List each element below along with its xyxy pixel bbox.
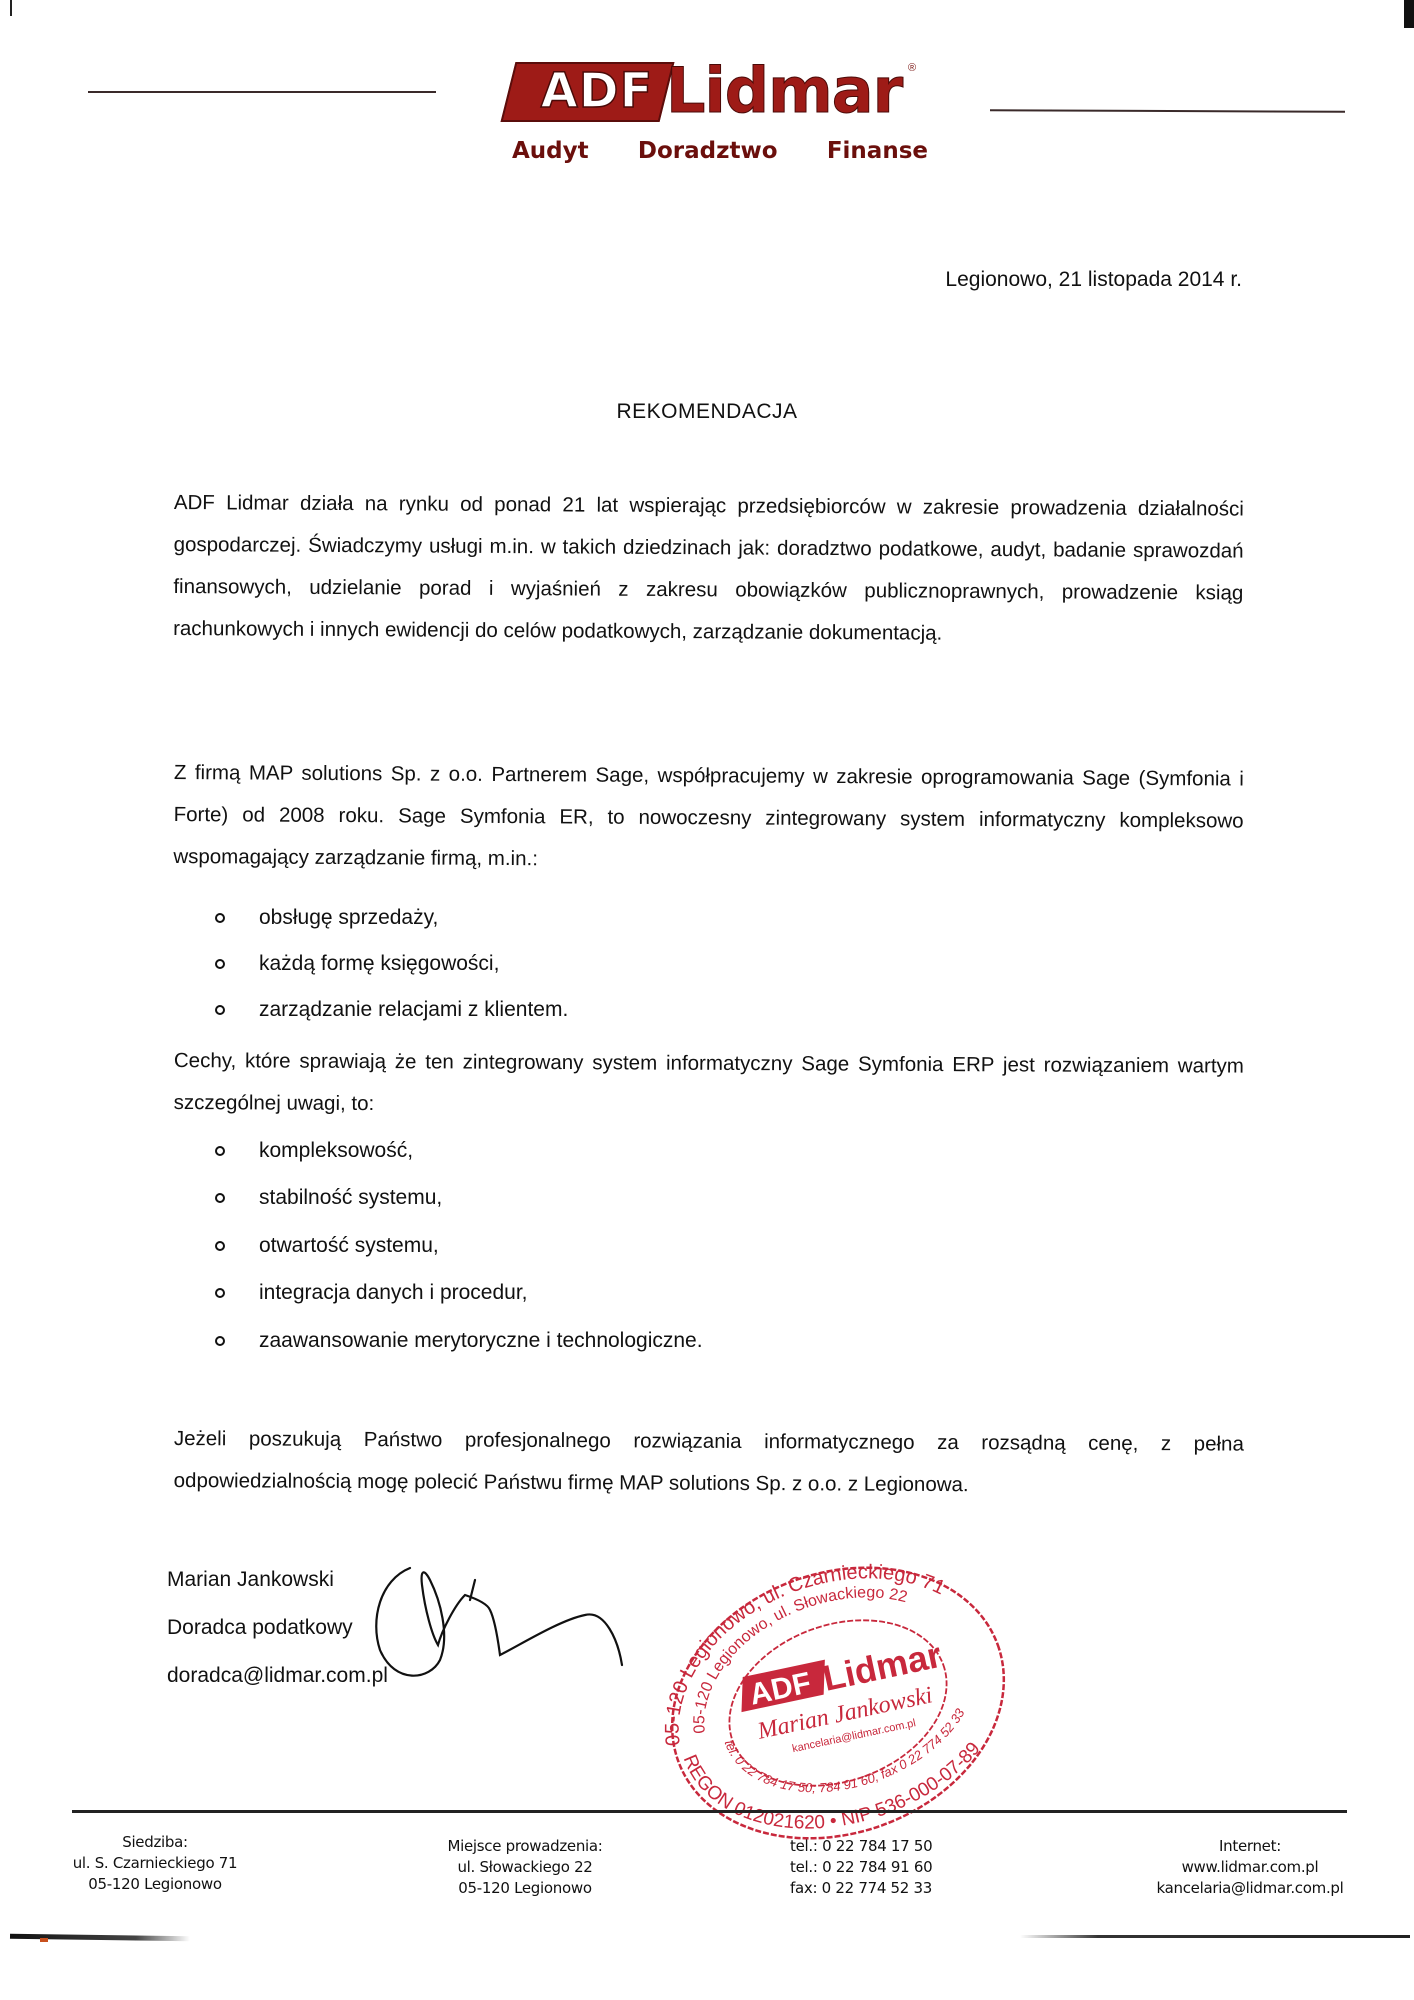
footer-rule [72,1810,1347,1813]
footer-fax: fax: 0 22 774 52 33 [790,1878,970,1899]
circle-bullet-icon [215,1146,225,1156]
signature-block: Marian Jankowski Doradca podatkowy dorad… [167,1556,388,1700]
list-item: otwartość systemu, [215,1222,703,1270]
list-item: integracja danych i procedur, [215,1270,703,1318]
circle-bullet-icon [215,1288,225,1298]
paragraph-cooperation: Z firmą MAP solutions Sp. z o.o. Partner… [173,752,1244,885]
company-stamp-icon: 05-120 Legionowo, ul. Czarnieckiego 71 0… [640,1555,1020,1845]
scan-edge-mark [10,0,12,16]
stamp-logo: ADF [747,1666,814,1711]
logo-name: Lidmar [666,56,902,126]
paragraph-recommendation: Jeżeli poszukują Państwo profesjonalnego… [174,1418,1244,1508]
footer-email-link[interactable]: kancelaria@lidmar.com.pl [1140,1878,1360,1899]
company-logo: ADF Lidmar ® Audyt Doradztwo Finanse [508,62,928,182]
circle-bullet-icon [215,1241,225,1251]
footer-office: Miejsce prowadzenia: ul. Słowackiego 22 … [420,1836,630,1899]
tagline-item: Doradztwo [638,138,778,164]
header-rule-right [990,109,1345,113]
handwritten-signature-icon [370,1560,630,1690]
circle-bullet-icon [215,913,225,923]
logo-mark: ADF [522,64,672,118]
footer-tel-1: tel.: 0 22 784 17 50 [790,1836,970,1857]
header-rule-left [88,91,436,93]
footer-contact: tel.: 0 22 784 17 50 tel.: 0 22 784 91 6… [790,1836,970,1899]
tagline-item: Audyt [512,138,589,164]
paragraph-intro: ADF Lidmar działa na rynku od ponad 21 l… [173,482,1244,657]
scan-edge-mark [40,1938,48,1942]
tagline-item: Finanse [827,138,928,164]
footer-website-link[interactable]: www.lidmar.com.pl [1140,1857,1360,1878]
scan-edge-mark [10,1934,190,1942]
signer-role: Doradca podatkowy [167,1604,388,1652]
footer-tel-2: tel.: 0 22 784 91 60 [790,1857,970,1878]
circle-bullet-icon [215,959,225,969]
signer-email: doradca@lidmar.com.pl [167,1652,388,1700]
registered-icon: ® [908,62,916,74]
footer-seat: Siedziba: ul. S. Czarnieckiego 71 05-120… [60,1832,250,1895]
document-title: REKOMENDACJA [0,400,1414,424]
list-item: zaawansowanie merytoryczne i technologic… [215,1317,703,1365]
feature-list: obsługę sprzedaży, każdą formę księgowoś… [215,895,568,1033]
scan-edge-mark [1404,0,1414,28]
date-line: Legionowo, 21 listopada 2014 r. [945,268,1242,292]
qualities-list: kompleksowość, stabilność systemu, otwar… [215,1127,703,1365]
circle-bullet-icon [215,1193,225,1203]
list-item: zarządzanie relacjami z klientem. [215,987,568,1033]
scan-edge-mark [1020,1935,1410,1938]
list-item: kompleksowość, [215,1127,703,1175]
signer-name: Marian Jankowski [167,1556,388,1604]
list-item: stabilność systemu, [215,1175,703,1223]
list-item: każdą formę księgowości, [215,941,568,987]
paragraph-features: Cechy, które sprawiają że ten zintegrowa… [174,1040,1244,1130]
footer-internet: Internet: www.lidmar.com.pl kancelaria@l… [1140,1836,1360,1899]
logo-tagline: Audyt Doradztwo Finanse [508,138,928,164]
circle-bullet-icon [215,1005,225,1015]
list-item: obsługę sprzedaży, [215,895,568,941]
circle-bullet-icon [215,1336,225,1346]
